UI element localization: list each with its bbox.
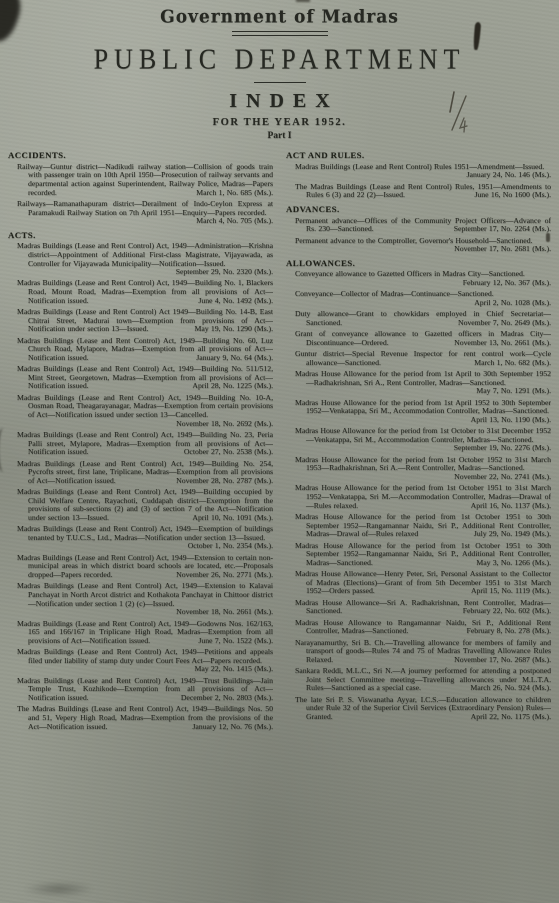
index-entry: Madras House Allowance—Henry Peter, Sri,… (295, 570, 551, 596)
entry-ref: July 29, No. 1949 (Ms.). (467, 530, 551, 539)
section-heading: ACT AND RULES. (286, 150, 551, 160)
entry-ref: April 16, No. 1137 (Ms.). (464, 502, 551, 511)
right-column: ACT AND RULES. Madras Buildings (Lease a… (286, 148, 551, 734)
entry-text: Madras House Allowance for the period fr… (295, 399, 551, 416)
index-entry: Madras House Allowance for the period fr… (295, 370, 551, 396)
index-entry: Madras Buildings (Lease and Rent Control… (295, 163, 551, 180)
index-entry: Madras Buildings (Lease and Rent Control… (17, 365, 273, 391)
index-title: INDEX (8, 90, 551, 113)
entry-ref: October 1, No. 2354 (Ms.). (181, 542, 273, 551)
rule-divider (254, 82, 306, 83)
index-entry: Conveyance allowance to Gazetted Officer… (295, 270, 551, 287)
entry-ref: September 17, No. 2264 (Ms.). (447, 225, 551, 234)
entry-text: Madras Buildings (Lease and Rent Control… (295, 163, 544, 171)
entry-ref: November 18, No. 2661 (Ms.). (169, 608, 273, 617)
entry-text: Madras Buildings (Lease and Rent Control… (17, 582, 273, 607)
entry-ref: May 7, No. 1291 (Ms.). (469, 387, 551, 396)
entry-text: Madras Buildings (Lease and Rent Control… (17, 648, 273, 665)
index-columns: ACCIDENTS. Railway—Guntur district—Nadik… (8, 148, 551, 734)
entry-text: Madras House Allowance for the period fr… (295, 370, 551, 387)
year-line: FOR THE YEAR 1952. (8, 117, 551, 128)
index-entry: Madras Buildings (Lease and Rent Control… (17, 242, 273, 276)
entry-ref: February 22, No. 602 (Ms.). (456, 607, 551, 616)
entry-ref: September 29, No. 2320 (Ms.). (169, 268, 273, 277)
entry-ref: November 26, No. 2771 (Ms.). (169, 571, 273, 580)
index-entry: Guntur district—Special Revenue Inspecto… (295, 350, 551, 367)
entry-ref: June 7, No. 1522 (Ms.). (191, 637, 273, 646)
entry-ref: May 3, No. 1266 (Ms.). (469, 559, 551, 568)
index-entry: Madras House Allowance for the period fr… (295, 456, 551, 482)
index-entry: Madras House Allowance to Rangamannar Na… (295, 619, 551, 636)
index-entry: Madras Buildings (Lease and Rent Control… (17, 582, 273, 616)
department-title: PUBLIC DEPARTMENT (8, 44, 551, 76)
index-section: ADVANCES. Permanent advance—Offices of t… (286, 204, 551, 254)
entry-ref: April 22, No. 1175 (Ms.). (464, 713, 551, 722)
index-entry: The Madras Buildings (Lease and Rent Con… (17, 705, 273, 731)
index-entry: Duty allowance—Grant to chowkidars emplo… (295, 310, 551, 327)
entry-ref: March 26, No. 924 (Ms.). (463, 684, 551, 693)
index-entry: Madras House Allowance for the period fr… (295, 484, 551, 510)
index-entry: Madras Buildings (Lease and Rent Control… (17, 308, 273, 334)
index-entry: Madras House Allowance for the period fr… (295, 399, 551, 425)
masthead-title: Government of Madras (8, 4, 551, 27)
section-heading: ADVANCES. (286, 204, 551, 214)
index-entry: The Madras Buildings (Lease and Rent Con… (295, 183, 551, 200)
index-entry: Madras Buildings (Lease and Rent Control… (17, 620, 273, 646)
entry-ref: February 8, No. 278 (Ms.). (460, 627, 551, 636)
index-entry: Madras Buildings (Lease and Rent Control… (17, 337, 273, 363)
top-edge-speck (296, 0, 310, 2)
entry-ref: June 4, No. 1492 (Ms.). (191, 297, 273, 306)
double-rule-divider (232, 31, 328, 36)
index-entry: Madras House Allowance—Sri A. Radhakrish… (295, 599, 551, 616)
section-entries: Conveyance allowance to Gazetted Officer… (286, 270, 551, 721)
entry-ref: October 27, No. 2538 (Ms.). (177, 448, 273, 457)
entry-text: Railways—Ramanathapuram district—Derailm… (17, 200, 273, 217)
entry-ref: November 17, No. 2681 (Ms.). (447, 245, 551, 254)
index-entry: Madras Buildings (Lease and Rent Control… (17, 525, 273, 551)
section-heading: ACTS. (8, 230, 273, 240)
entry-ref: January 24, No. 146 (Ms.). (460, 171, 551, 180)
index-entry: Permanent advance to the Comptroller, Go… (295, 237, 551, 254)
section-entries: Permanent advance—Offices of the Communi… (286, 217, 551, 254)
entry-ref: April 28, No. 1225 (Ms.). (185, 382, 273, 391)
entry-ref: September 19, No. 2276 (Ms.). (447, 444, 551, 453)
index-entry: Madras Buildings (Lease and Rent Control… (17, 677, 273, 703)
entry-ref: March 1, No. 685 (Ms.). (189, 189, 273, 198)
index-entry: Railway—Guntur district—Nadikudi railway… (17, 163, 273, 197)
entry-ref: May 19, No. 1290 (Ms.). (188, 325, 273, 334)
index-entry: Madras Buildings (Lease and Rent Control… (17, 431, 273, 457)
entry-text: Madras House Allowance for the period fr… (295, 456, 551, 473)
entry-ref: February 12, No. 367 (Ms.). (456, 279, 551, 288)
index-entry: Madras House Allowance for the period fr… (295, 513, 551, 539)
entry-ref: November 17, No. 2687 (Ms.). (447, 656, 551, 665)
entry-text: Permanent advance to the Comptroller, Go… (295, 237, 532, 245)
entry-text: Conveyance allowance to Gazetted Officer… (295, 270, 525, 278)
index-entry: Railways—Ramanathapuram district—Derailm… (17, 200, 273, 226)
part-label: Part I (8, 131, 551, 141)
page-header: Government of Madras PUBLIC DEPARTMENT I… (8, 5, 551, 141)
section-entries: Madras Buildings (Lease and Rent Control… (8, 242, 273, 731)
entry-ref: November 22, No. 2741 (Ms.). (447, 473, 551, 482)
entry-ref: December 2, No. 2803 (Ms.). (174, 694, 273, 703)
index-section: ACCIDENTS. Railway—Guntur district—Nadik… (8, 150, 273, 225)
entry-text: Madras House Allowance for the period fr… (295, 427, 551, 444)
left-column: ACCIDENTS. Railway—Guntur district—Nadik… (8, 148, 273, 734)
index-entry: Madras Buildings (Lease and Rent Control… (17, 394, 273, 428)
entry-ref: April 10, No. 1091 (Ms.). (185, 514, 273, 523)
index-entry: The late Sri P. S. Viswanatha Ayyar, I.C… (295, 696, 551, 722)
index-entry: Madras Buildings (Lease and Rent Control… (17, 554, 273, 580)
entry-ref: May 22, No. 1415 (Ms.). (188, 665, 273, 674)
entry-text: Madras Buildings (Lease and Rent Control… (17, 525, 273, 542)
entry-ref: April 2, No. 1028 (Ms.). (467, 299, 551, 308)
entry-ref: April 13, No. 1190 (Ms.). (464, 416, 551, 425)
section-entries: Madras Buildings (Lease and Rent Control… (286, 163, 551, 200)
entry-ref: November 7, No. 2649 (Ms.). (451, 319, 551, 328)
index-section: ACTS. Madras Buildings (Lease and Rent C… (8, 230, 273, 731)
index-entry: Permanent advance—Offices of the Communi… (295, 217, 551, 234)
index-entry: Sankara Reddi, M.L.C., Sri N.—A journey … (295, 667, 551, 693)
index-entry: Grant of conveyance allowance to Gazette… (295, 330, 551, 347)
entry-ref: March 1, No. 682 (Ms.). (467, 359, 551, 368)
entry-text: Madras Buildings (Lease and Rent Control… (17, 242, 273, 267)
index-entry: Madras House Allowance for the period fr… (295, 542, 551, 568)
entry-ref: November 18, No. 2692 (Ms.). (169, 420, 273, 429)
entry-ref: November 13, No. 2661 (Ms.). (447, 339, 551, 348)
section-entries: Railway—Guntur district—Nadikudi railway… (8, 163, 273, 226)
entry-ref: January 9, No. 64 (Ms.). (189, 354, 273, 363)
entry-ref: April 15, No. 1119 (Ms.). (464, 587, 551, 596)
entry-text: Madras Buildings (Lease and Rent Control… (17, 394, 273, 419)
index-entry: Conveyance—Collector of Madras—Continuan… (295, 290, 551, 307)
entry-ref: November 28, No. 2787 (Ms.). (169, 477, 273, 486)
index-entry: Madras Buildings (Lease and Rent Control… (17, 460, 273, 486)
index-entry: Madras Buildings (Lease and Rent Control… (17, 488, 273, 522)
bottom-smudge (24, 881, 94, 897)
section-heading: ALLOWANCES. (286, 258, 551, 268)
entry-ref: March 4, No. 705 (Ms.). (189, 217, 273, 226)
entry-ref: June 16, No 1600 (Ms.). (467, 191, 551, 200)
section-heading: ACCIDENTS. (8, 150, 273, 160)
index-entry: Madras Buildings (Lease and Rent Control… (17, 648, 273, 674)
index-entry: Narayanamurthy, Sri B. Ch.—Travelling al… (295, 639, 551, 665)
entry-text: Conveyance—Collector of Madras—Continuan… (295, 290, 494, 298)
entry-ref: January 12, No. 76 (Ms.). (185, 723, 273, 732)
scanned-page: Government of Madras PUBLIC DEPARTMENT I… (0, 0, 559, 903)
index-entry: Madras Buildings (Lease and Rent Control… (17, 279, 273, 305)
index-section: ALLOWANCES. Conveyance allowance to Gaze… (286, 258, 551, 722)
index-section: ACT AND RULES. Madras Buildings (Lease a… (286, 150, 551, 200)
index-entry: Madras House Allowance for the period fr… (295, 427, 551, 453)
